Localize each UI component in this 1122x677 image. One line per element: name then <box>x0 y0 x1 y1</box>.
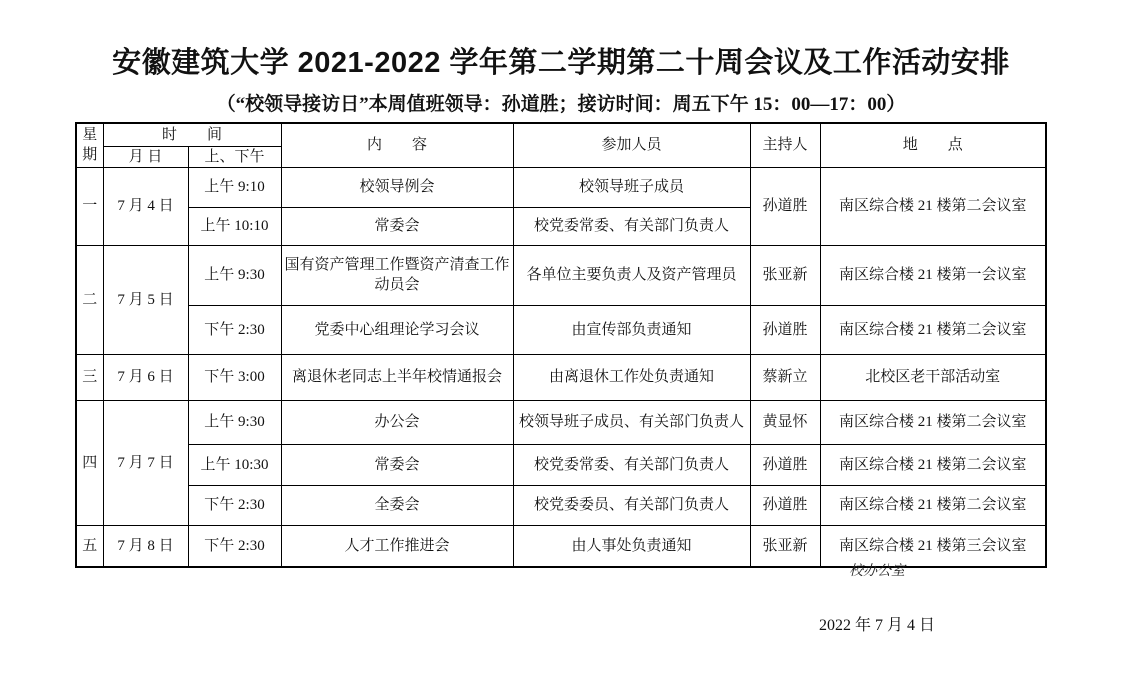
cell-participants: 校党委委员、有关部门负责人 <box>513 485 750 525</box>
cell-time: 上午 9:10 <box>188 167 281 207</box>
cell-date: 7 月 7 日 <box>103 400 188 525</box>
document-title: 安徽建筑大学 2021-2022 学年第二学期第二十周会议及工作活动安排 <box>0 40 1122 81</box>
cell-participants: 由离退休工作处负责通知 <box>513 354 750 400</box>
issuing-office: 校办公室 <box>777 560 977 580</box>
col-header-participants: 参加人员 <box>513 123 750 167</box>
cell-content: 离退休老同志上半年校情通报会 <box>281 354 513 400</box>
table-row: 三 7 月 6 日 下午 3:00 离退休老同志上半年校情通报会 由离退休工作处… <box>76 354 1046 400</box>
col-header-host: 主持人 <box>750 123 820 167</box>
cell-location: 南区综合楼 21 楼第一会议室 <box>820 245 1046 305</box>
cell-content: 人才工作推进会 <box>281 525 513 567</box>
cell-host: 张亚新 <box>750 245 820 305</box>
table-row: 四 7 月 7 日 上午 9:30 办公会 校领导班子成员、有关部门负责人 黄显… <box>76 400 1046 444</box>
col-header-location: 地 点 <box>820 123 1046 167</box>
cell-location: 南区综合楼 21 楼第二会议室 <box>820 400 1046 444</box>
cell-host: 孙道胜 <box>750 485 820 525</box>
cell-participants: 由人事处负责通知 <box>513 525 750 567</box>
cell-host: 孙道胜 <box>750 305 820 354</box>
cell-weekday: 三 <box>76 354 103 400</box>
cell-time: 下午 2:30 <box>188 305 281 354</box>
col-header-ampm: 上、下午 <box>188 146 281 167</box>
table-row: 下午 2:30 党委中心组理论学习会议 由宣传部负责通知 孙道胜 南区综合楼 2… <box>76 305 1046 354</box>
cell-date: 7 月 5 日 <box>103 245 188 354</box>
cell-host: 黄显怀 <box>750 400 820 444</box>
document-page: 安徽建筑大学 2021-2022 学年第二学期第二十周会议及工作活动安排 （“校… <box>0 0 1122 677</box>
cell-time: 下午 2:30 <box>188 485 281 525</box>
cell-participants: 校领导班子成员 <box>513 167 750 207</box>
cell-weekday: 二 <box>76 245 103 354</box>
cell-time: 上午 9:30 <box>188 400 281 444</box>
cell-location: 北校区老干部活动室 <box>820 354 1046 400</box>
col-header-time: 时 间 <box>103 123 281 146</box>
cell-date: 7 月 4 日 <box>103 167 188 245</box>
cell-participants: 校党委常委、有关部门负责人 <box>513 444 750 485</box>
cell-date: 7 月 6 日 <box>103 354 188 400</box>
cell-location: 南区综合楼 21 楼第二会议室 <box>820 305 1046 354</box>
col-header-weekday: 星期 <box>76 123 103 167</box>
cell-participants: 由宣传部负责通知 <box>513 305 750 354</box>
cell-time: 下午 3:00 <box>188 354 281 400</box>
visit-day-note: （“校领导接访日”本周值班领导：孙道胜；接访时间：周五下午 15：00—17：0… <box>0 89 1122 116</box>
table-row: 一 7 月 4 日 上午 9:10 校领导例会 校领导班子成员 孙道胜 南区综合… <box>76 167 1046 207</box>
cell-participants: 校党委常委、有关部门负责人 <box>513 207 750 245</box>
cell-content: 常委会 <box>281 444 513 485</box>
col-header-content: 内 容 <box>281 123 513 167</box>
cell-location: 南区综合楼 21 楼第二会议室 <box>820 167 1046 245</box>
cell-host: 蔡新立 <box>750 354 820 400</box>
cell-host: 孙道胜 <box>750 444 820 485</box>
cell-participants: 校领导班子成员、有关部门负责人 <box>513 400 750 444</box>
cell-time: 下午 2:30 <box>188 525 281 567</box>
table-row: 二 7 月 5 日 上午 9:30 国有资产管理工作暨资产清查工作动员会 各单位… <box>76 245 1046 305</box>
meeting-schedule-table: 星期 时 间 内 容 参加人员 主持人 地 点 月 日 上、下午 一 7 月 4… <box>75 122 1047 568</box>
cell-location: 南区综合楼 21 楼第二会议室 <box>820 485 1046 525</box>
col-header-date: 月 日 <box>103 146 188 167</box>
cell-weekday: 五 <box>76 525 103 567</box>
table-row: 上午 10:30 常委会 校党委常委、有关部门负责人 孙道胜 南区综合楼 21 … <box>76 444 1046 485</box>
table-row: 下午 2:30 全委会 校党委委员、有关部门负责人 孙道胜 南区综合楼 21 楼… <box>76 485 1046 525</box>
cell-content: 校领导例会 <box>281 167 513 207</box>
cell-weekday: 四 <box>76 400 103 525</box>
cell-content: 国有资产管理工作暨资产清查工作动员会 <box>281 245 513 305</box>
cell-time: 上午 10:30 <box>188 444 281 485</box>
cell-content: 全委会 <box>281 485 513 525</box>
cell-content: 办公会 <box>281 400 513 444</box>
cell-content: 党委中心组理论学习会议 <box>281 305 513 354</box>
cell-date: 7 月 8 日 <box>103 525 188 567</box>
cell-time: 上午 9:30 <box>188 245 281 305</box>
cell-content: 常委会 <box>281 207 513 245</box>
cell-location: 南区综合楼 21 楼第二会议室 <box>820 444 1046 485</box>
cell-time: 上午 10:10 <box>188 207 281 245</box>
cell-weekday: 一 <box>76 167 103 245</box>
cell-participants: 各单位主要负责人及资产管理员 <box>513 245 750 305</box>
issue-date: 2022 年 7 月 4 日 <box>777 612 977 635</box>
cell-host: 孙道胜 <box>750 167 820 245</box>
